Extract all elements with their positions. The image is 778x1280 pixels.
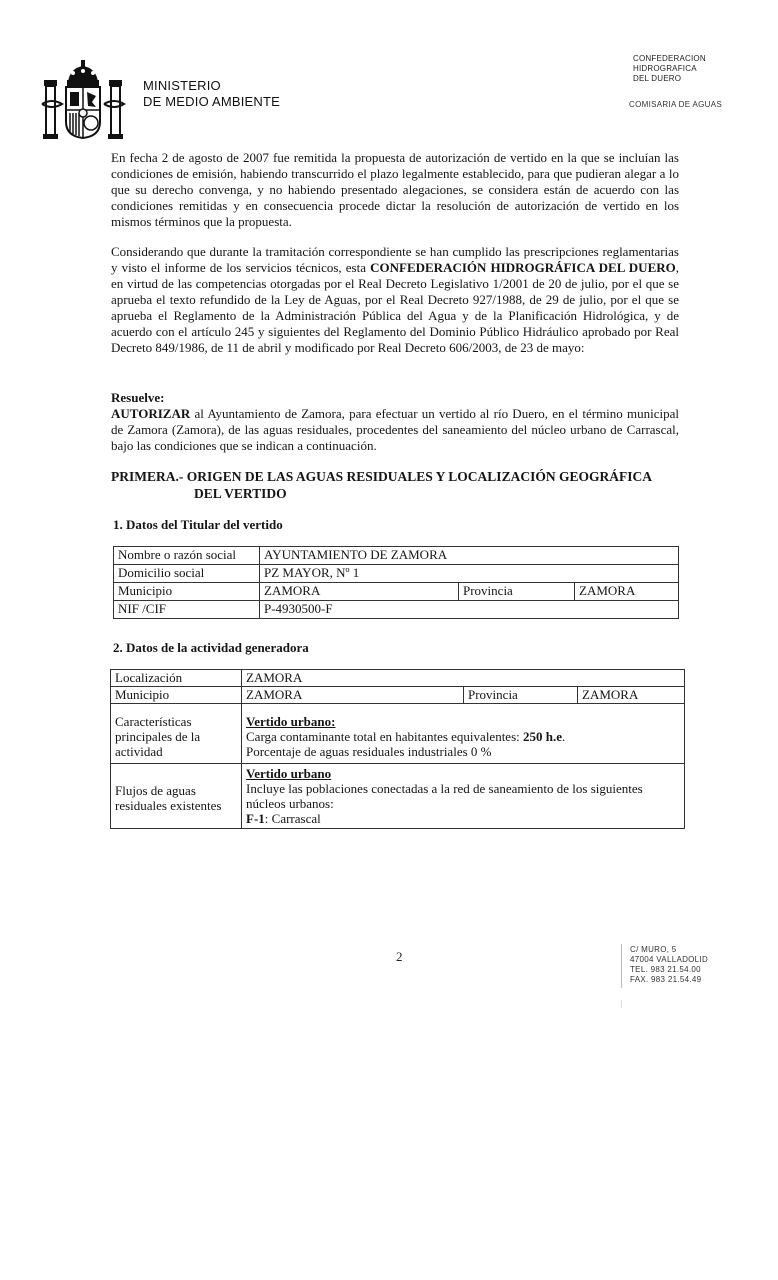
authorization-rest: al Ayuntamiento de Zamora, para efectuar…: [111, 406, 679, 453]
table-row: Localización ZAMORA: [111, 670, 685, 687]
pollutant-load: Carga contaminante total en habitantes e…: [246, 729, 680, 744]
flow-item: F-1: Carrascal: [246, 811, 680, 826]
section-title-line-1: PRIMERA.- ORIGEN DE LAS AGUAS RESIDUALES…: [111, 468, 686, 485]
titular-table: Nombre o razón social AYUNTAMIENTO DE ZA…: [113, 546, 679, 619]
location-label: Localización: [111, 670, 242, 687]
province-label: Provincia: [459, 583, 575, 601]
authorize-bold: AUTORIZAR: [111, 406, 190, 421]
name-value: AYUNTAMIENTO DE ZAMORA: [260, 547, 679, 565]
municipality-label: Municipio: [114, 583, 260, 601]
confederation-bold: CONFEDERACIÓN HIDROGRÁFICA DEL DUERO: [370, 260, 676, 275]
table-row: Características principales de la activi…: [111, 704, 685, 764]
province-label: Provincia: [464, 687, 578, 704]
ministry-line-1: MINISTERIO: [143, 78, 280, 94]
nif-label: NIF /CIF: [114, 601, 260, 619]
subheading-titular: 1. Datos del Titular del vertido: [113, 517, 283, 533]
industrial-percentage: Porcentaje de aguas residuales industria…: [246, 744, 680, 759]
section-title-line-2: DEL VERTIDO: [111, 485, 686, 502]
address-street: C/ MURO, 5: [630, 945, 708, 955]
ministry-line-2: DE MEDIO AMBIENTE: [143, 94, 280, 110]
pollutant-load-end: .: [562, 729, 565, 744]
address-value: PZ MAYOR, Nº 1: [260, 565, 679, 583]
confederation-line-3: DEL DUERO: [633, 74, 706, 84]
characteristics-heading: Vertido urbano:: [246, 714, 680, 729]
flows-label: Flujos de aguas residuales existentes: [111, 764, 242, 829]
flows-text: Incluye las poblaciones conectadas a la …: [246, 781, 680, 811]
table-row: Nombre o razón social AYUNTAMIENTO DE ZA…: [114, 547, 679, 565]
pollutant-load-value: 250 h.e: [523, 729, 562, 744]
subheading-activity: 2. Datos de la actividad generadora: [113, 640, 309, 656]
section-title: PRIMERA.- ORIGEN DE LAS AGUAS RESIDUALES…: [111, 468, 686, 502]
footer-divider-mark: [621, 1000, 622, 1008]
address-phone: TEL. 983 21.54.00: [630, 965, 708, 975]
table-row: Flujos de aguas residuales existentes Ve…: [111, 764, 685, 829]
table-row: Municipio ZAMORA Provincia ZAMORA: [111, 687, 685, 704]
location-value: ZAMORA: [242, 670, 685, 687]
page-number: 2: [396, 949, 403, 965]
table-row: NIF /CIF P-4930500-F: [114, 601, 679, 619]
province-value: ZAMORA: [578, 687, 685, 704]
characteristics-label: Características principales de la activi…: [111, 704, 242, 764]
table-row: Municipio ZAMORA Provincia ZAMORA: [114, 583, 679, 601]
province-value: ZAMORA: [575, 583, 679, 601]
activity-table: Localización ZAMORA Municipio ZAMORA Pro…: [110, 669, 685, 829]
paragraph-proposal: En fecha 2 de agosto de 2007 fue remitid…: [111, 150, 679, 230]
confederation-name: CONFEDERACION HIDROGRAFICA DEL DUERO: [633, 54, 706, 84]
municipality-value: ZAMORA: [242, 687, 464, 704]
name-label: Nombre o razón social: [114, 547, 260, 565]
paragraph-resolution: Resuelve: AUTORIZAR al Ayuntamiento de Z…: [111, 390, 679, 454]
confederation-line-2: HIDROGRAFICA: [633, 64, 706, 74]
address-label: Domicilio social: [114, 565, 260, 583]
paragraph-considering: Considerando que durante la tramitación …: [111, 244, 679, 356]
authorization-text: AUTORIZAR al Ayuntamiento de Zamora, par…: [111, 406, 679, 454]
address-city: 47004 VALLADOLID: [630, 955, 708, 965]
municipality-value: ZAMORA: [260, 583, 459, 601]
table-row: Domicilio social PZ MAYOR, Nº 1: [114, 565, 679, 583]
footer-divider: [621, 944, 622, 988]
address-fax: FAX. 983 21.54.49: [630, 975, 708, 985]
flow-item-id: F-1: [246, 811, 265, 826]
municipality-label: Municipio: [111, 687, 242, 704]
nif-value: P-4930500-F: [260, 601, 679, 619]
ministry-name: MINISTERIO DE MEDIO AMBIENTE: [143, 78, 280, 110]
pollutant-load-text: Carga contaminante total en habitantes e…: [246, 729, 523, 744]
footer-address: C/ MURO, 5 47004 VALLADOLID TEL. 983 21.…: [630, 945, 708, 985]
flow-item-name: : Carrascal: [265, 811, 321, 826]
flows-value: Vertido urbano Incluye las poblaciones c…: [242, 764, 685, 829]
characteristics-value: Vertido urbano: Carga contaminante total…: [242, 704, 685, 764]
resolve-label: Resuelve:: [111, 390, 679, 406]
spanish-coat-of-arms-icon: [40, 60, 126, 140]
flows-heading: Vertido urbano: [246, 766, 680, 781]
department-name: COMISARIA DE AGUAS: [629, 100, 722, 109]
confederation-line-1: CONFEDERACION: [633, 54, 706, 64]
